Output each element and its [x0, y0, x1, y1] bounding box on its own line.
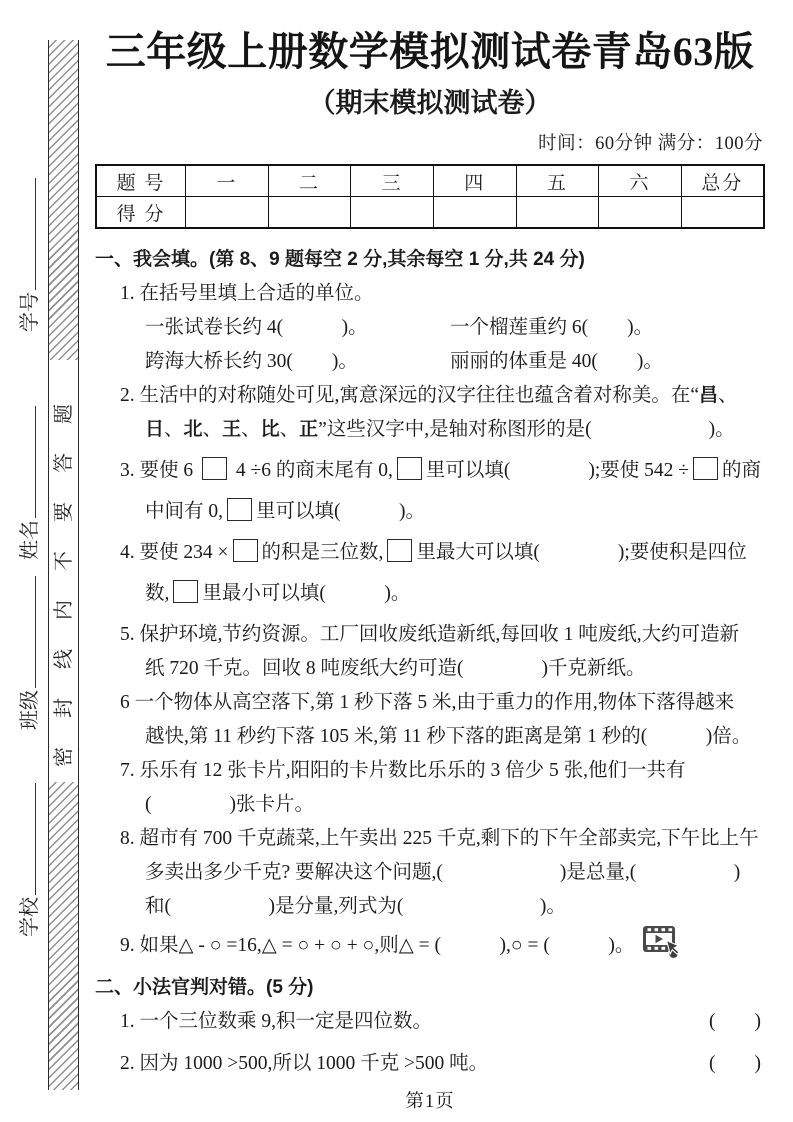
text-segment: ”这些汉字中,是轴对称图形的是( )。: [318, 419, 735, 440]
seal-line-strip: 密封线内不要答题: [48, 40, 79, 1090]
class-blank-line: [15, 576, 36, 688]
score-table-header-cell: 一: [186, 165, 269, 197]
school-label: 学校: [15, 760, 41, 960]
q3: 3. 要使 6 4 ÷6 的商末尾有 0,里可以填( );要使 542 ÷的商: [120, 454, 765, 488]
text-segment: 的积是三位数,: [262, 542, 384, 563]
score-input-cell: [433, 197, 516, 229]
student-id-blank-line: [15, 178, 36, 290]
fill-blank-box: [202, 457, 227, 480]
text-segment: 一、我会填。(第 8、9 题每空 2 分,其余每空 1 分,共 24 分): [95, 249, 585, 270]
class-label: 班级: [15, 553, 41, 753]
q8-line-3: 和( )是分量,列式为( )。: [145, 890, 765, 924]
text-segment: 、: [241, 419, 261, 440]
seal-warning-text: 密封线内不要答题: [50, 356, 78, 786]
score-table: 题 号一二三四五六总分得 分: [95, 164, 765, 229]
text-segment: 2. 因为 1000 >500,所以 1000 千克 >500 吨。: [120, 1053, 488, 1074]
text-segment: 丽丽的体重是 40( )。: [450, 351, 663, 372]
left-column-item: 一张试卷长约 4( )。: [145, 311, 450, 345]
q2: 2. 生活中的对称随处可见,寓意深远的汉字往往也蕴含着对称美。在“昌、: [120, 379, 765, 413]
q3-line-2: 中间有 0,里可以填( )。: [145, 495, 765, 529]
q5-line-2: 纸 720 千克。回收 8 吨废纸大约可造( )千克新纸。: [145, 652, 765, 686]
judge-statement: 2. 因为 1000 >500,所以 1000 千克 >500 吨。: [120, 1047, 488, 1081]
text-segment: 1. 在括号里填上合适的单位。: [120, 283, 374, 304]
score-table-header-first: 题 号: [96, 165, 186, 197]
text-segment: 6 一个物体从高空落下,第 1 秒下落 5 米,由于重力的作用,物体下落得越来: [120, 692, 734, 713]
student-id-label: 学号: [15, 155, 41, 355]
section-1-heading: 一、我会填。(第 8、9 题每空 2 分,其余每空 1 分,共 24 分): [95, 243, 765, 277]
text-segment: 4. 要使 234 ×: [120, 542, 229, 563]
text-segment: 二、小法官判对错。(5 分): [95, 977, 314, 998]
fill-blank-box: [233, 539, 258, 562]
page-subtitle: （期末模拟测试卷）: [95, 86, 765, 120]
judge-answer-parens: ( ): [709, 1047, 761, 1081]
score-input-cell: [516, 197, 599, 229]
text-segment: 、: [203, 419, 223, 440]
fill-blank-box: [397, 457, 422, 480]
right-column-item: 一个榴莲重约 6( )。: [450, 311, 653, 345]
bold-character: 王: [222, 419, 241, 440]
judge-answer-parens: ( ): [709, 1005, 761, 1039]
text-segment: 跨海大桥长约 30( )。: [145, 351, 358, 372]
text-segment: 数,: [145, 583, 169, 604]
video-icon: [642, 924, 682, 960]
text-segment: 9. 如果△ - ○ =16,△ = ○ + ○ + ○,则△ = ( ),○ …: [120, 935, 634, 956]
score-table-header-cell: 五: [516, 165, 599, 197]
bold-character: 北: [184, 419, 203, 440]
page-title: 三年级上册数学模拟测试卷青岛63版: [95, 28, 765, 76]
text-segment: 里可以填( )。: [256, 501, 425, 522]
q1-units-row-2: 跨海大桥长约 30( )。丽丽的体重是 40( )。: [145, 345, 765, 379]
bold-character: 昌: [699, 385, 718, 406]
q9: 9. 如果△ - ○ =16,△ = ○ + ○ + ○,则△ = ( ),○ …: [120, 924, 765, 963]
q6-line-2: 越快,第 11 秒约下落 105 米,第 11 秒下落的距离是第 1 秒的( )…: [145, 720, 765, 754]
text-segment: 和( )是分量,列式为( )。: [145, 896, 566, 917]
score-table-header-cell: 三: [351, 165, 434, 197]
text-segment: 里最大可以填( );要使积是四位: [416, 542, 746, 563]
q1: 1. 在括号里填上合适的单位。: [120, 277, 765, 311]
fill-blank-box: [227, 498, 252, 521]
text-segment: 、: [164, 419, 184, 440]
q7: 7. 乐乐有 12 张卡片,阳阳的卡片数比乐乐的 3 倍少 5 张,他们一共有: [120, 754, 765, 788]
q7-line-2: ( )张卡片。: [145, 788, 765, 822]
q1-units-row-1: 一张试卷长约 4( )。一个榴莲重约 6( )。: [145, 311, 765, 345]
q5: 5. 保护环境,节约资源。工厂回收废纸造新纸,每回收 1 吨废纸,大约可造新: [120, 618, 765, 652]
score-table-header-cell: 六: [599, 165, 682, 197]
score-input-cell: [351, 197, 434, 229]
hatch-pattern-bottom: [49, 782, 78, 1090]
exam-content: 三年级上册数学模拟测试卷青岛63版 （期末模拟测试卷） 时间：60分钟 满分：1…: [95, 0, 765, 1113]
score-table-header-cell: 二: [268, 165, 351, 197]
text-segment: 7. 乐乐有 12 张卡片,阳阳的卡片数比乐乐的 3 倍少 5 张,他们一共有: [120, 760, 686, 781]
text-segment: 1. 一个三位数乘 9,积一定是四位数。: [120, 1011, 432, 1032]
bold-character: 比: [261, 419, 280, 440]
q4-line-2: 数,里最小可以填( )。: [145, 577, 765, 611]
judge-1: 1. 一个三位数乘 9,积一定是四位数。( ): [120, 1005, 765, 1039]
hatch-pattern-top: [49, 40, 78, 360]
left-column-item: 跨海大桥长约 30( )。: [145, 345, 450, 379]
text-segment: 5. 保护环境,节约资源。工厂回收废纸造新纸,每回收 1 吨废纸,大约可造新: [120, 624, 739, 645]
q8-line-2: 多卖出多少千克? 要解决这个问题,( )是总量,( ): [145, 856, 765, 890]
question-list: 一、我会填。(第 8、9 题每空 2 分,其余每空 1 分,共 24 分)1. …: [95, 243, 765, 1081]
score-table-header-cell: 四: [433, 165, 516, 197]
text-segment: 的商: [722, 460, 761, 481]
fill-blank-box: [387, 539, 412, 562]
score-input-cell: [681, 197, 764, 229]
score-table-header-cell: 总分: [681, 165, 764, 197]
judge-statement: 1. 一个三位数乘 9,积一定是四位数。: [120, 1005, 432, 1039]
score-input-cell: [186, 197, 269, 229]
q2-line-2: 日、北、王、比、正”这些汉字中,是轴对称图形的是( )。: [145, 413, 765, 447]
section-2-heading: 二、小法官判对错。(5 分): [95, 971, 765, 1005]
score-input-cell: [268, 197, 351, 229]
exam-time-score-info: 时间：60分钟 满分：100分: [95, 132, 763, 156]
exam-paper-page: 密封线内不要答题 学号 姓名 班级 学校 三年级上册数学模拟测试卷青岛63版 （…: [0, 0, 793, 1122]
text-segment: 纸 720 千克。回收 8 吨废纸大约可造( )千克新纸。: [145, 658, 646, 679]
text-segment: 里最小可以填( )。: [202, 583, 410, 604]
right-column-item: 丽丽的体重是 40( )。: [450, 345, 663, 379]
fill-blank-box: [173, 580, 198, 603]
text-segment: 8. 超市有 700 千克蔬菜,上午卖出 225 千克,剩下的下午全部卖完,下午…: [120, 828, 759, 849]
score-input-cell: [599, 197, 682, 229]
bold-character: 正: [299, 419, 318, 440]
text-segment: 一张试卷长约 4( )。: [145, 317, 368, 338]
seal-warning: 密封线内不要答题: [49, 360, 78, 782]
text-segment: 3. 要使 6: [120, 460, 198, 481]
text-segment: 、: [280, 419, 300, 440]
text-segment: 一个榴莲重约 6( )。: [450, 317, 653, 338]
school-blank-line: [15, 783, 36, 895]
bold-character: 日: [145, 419, 164, 440]
text-segment: 越快,第 11 秒约下落 105 米,第 11 秒下落的距离是第 1 秒的( )…: [145, 726, 751, 747]
text-segment: 里可以填( );要使 542 ÷: [426, 460, 689, 481]
text-segment: 、: [718, 385, 738, 406]
text-segment: 2. 生活中的对称随处可见,寓意深远的汉字往往也蕴含着对称美。在“: [120, 385, 699, 406]
judge-2: 2. 因为 1000 >500,所以 1000 千克 >500 吨。( ): [120, 1047, 765, 1081]
q8: 8. 超市有 700 千克蔬菜,上午卖出 225 千克,剩下的下午全部卖完,下午…: [120, 822, 765, 856]
text-segment: 多卖出多少千克? 要解决这个问题,( )是总量,( ): [145, 862, 740, 883]
text-segment: 4 ÷6 的商末尾有 0,: [231, 460, 393, 481]
q6: 6 一个物体从高空落下,第 1 秒下落 5 米,由于重力的作用,物体下落得越来: [120, 686, 765, 720]
student-name-blank-line: [15, 406, 36, 518]
score-table-row-label: 得 分: [96, 197, 186, 229]
text-segment: 中间有 0,: [145, 501, 223, 522]
fill-blank-box: [693, 457, 718, 480]
q4: 4. 要使 234 ×的积是三位数,里最大可以填( );要使积是四位: [120, 536, 765, 570]
page-number: 第1页: [95, 1087, 765, 1113]
text-segment: ( )张卡片。: [145, 794, 314, 815]
